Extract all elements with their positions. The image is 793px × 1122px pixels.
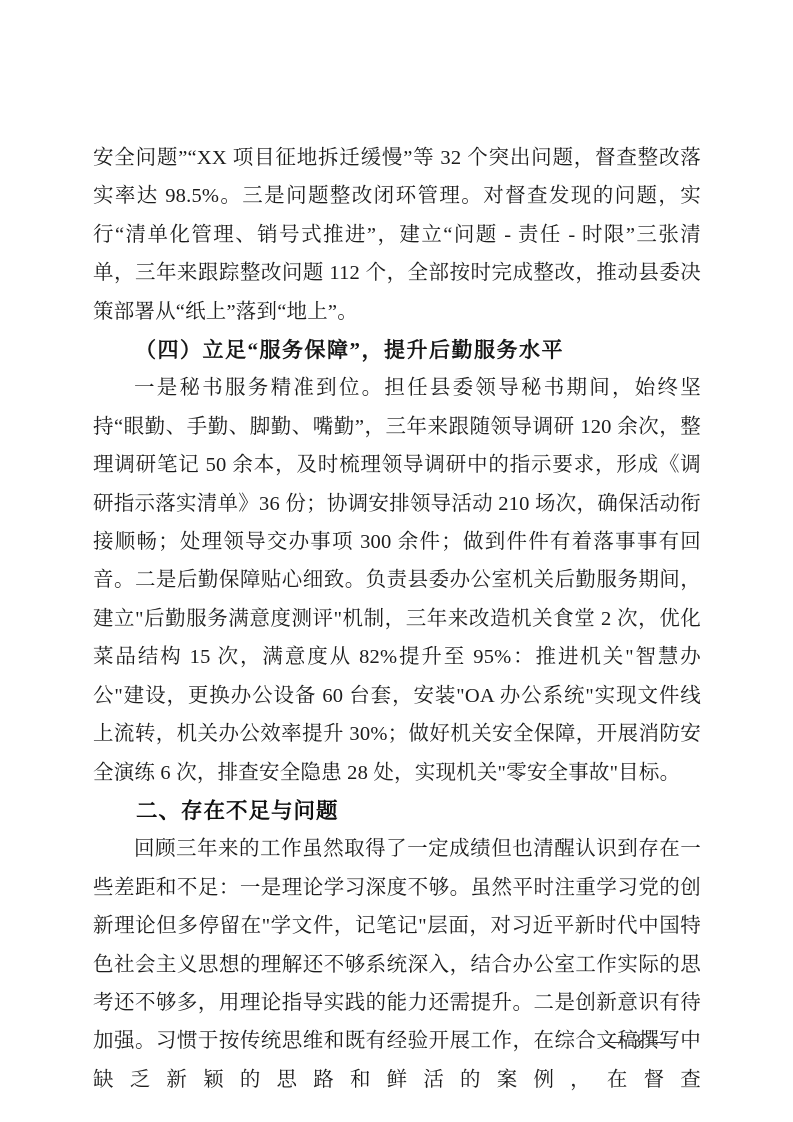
document-page: 安全问题”“XX 项目征地拆迁缓慢”等 32 个突出问题，督查整改落实率达 98…: [0, 0, 793, 1122]
paragraph-shortcomings-review: 回顾三年来的工作虽然取得了一定成绩但也清醒认识到存在一些差距和不足：一是理论学习…: [93, 830, 701, 1099]
paragraph-secretary-and-logistics-service: 一是秘书服务精准到位。担任县委领导秘书期间，始终坚持“眼勤、手勤、脚勤、嘴勤”，…: [93, 369, 701, 791]
page-number: — 3 —: [604, 1031, 671, 1052]
heading-section-four-service-support: （四）立足“服务保障”，提升后勤服务水平: [93, 331, 701, 369]
paragraph-supervision-rectification: 安全问题”“XX 项目征地拆迁缓慢”等 32 个突出问题，督查整改落实率达 98…: [93, 139, 701, 331]
page-footer: — 3 —: [604, 1031, 671, 1053]
document-body: 安全问题”“XX 项目征地拆迁缓慢”等 32 个突出问题，督查整改落实率达 98…: [93, 139, 701, 1099]
heading-part-two-shortcomings: 二、存在不足与问题: [93, 792, 701, 830]
